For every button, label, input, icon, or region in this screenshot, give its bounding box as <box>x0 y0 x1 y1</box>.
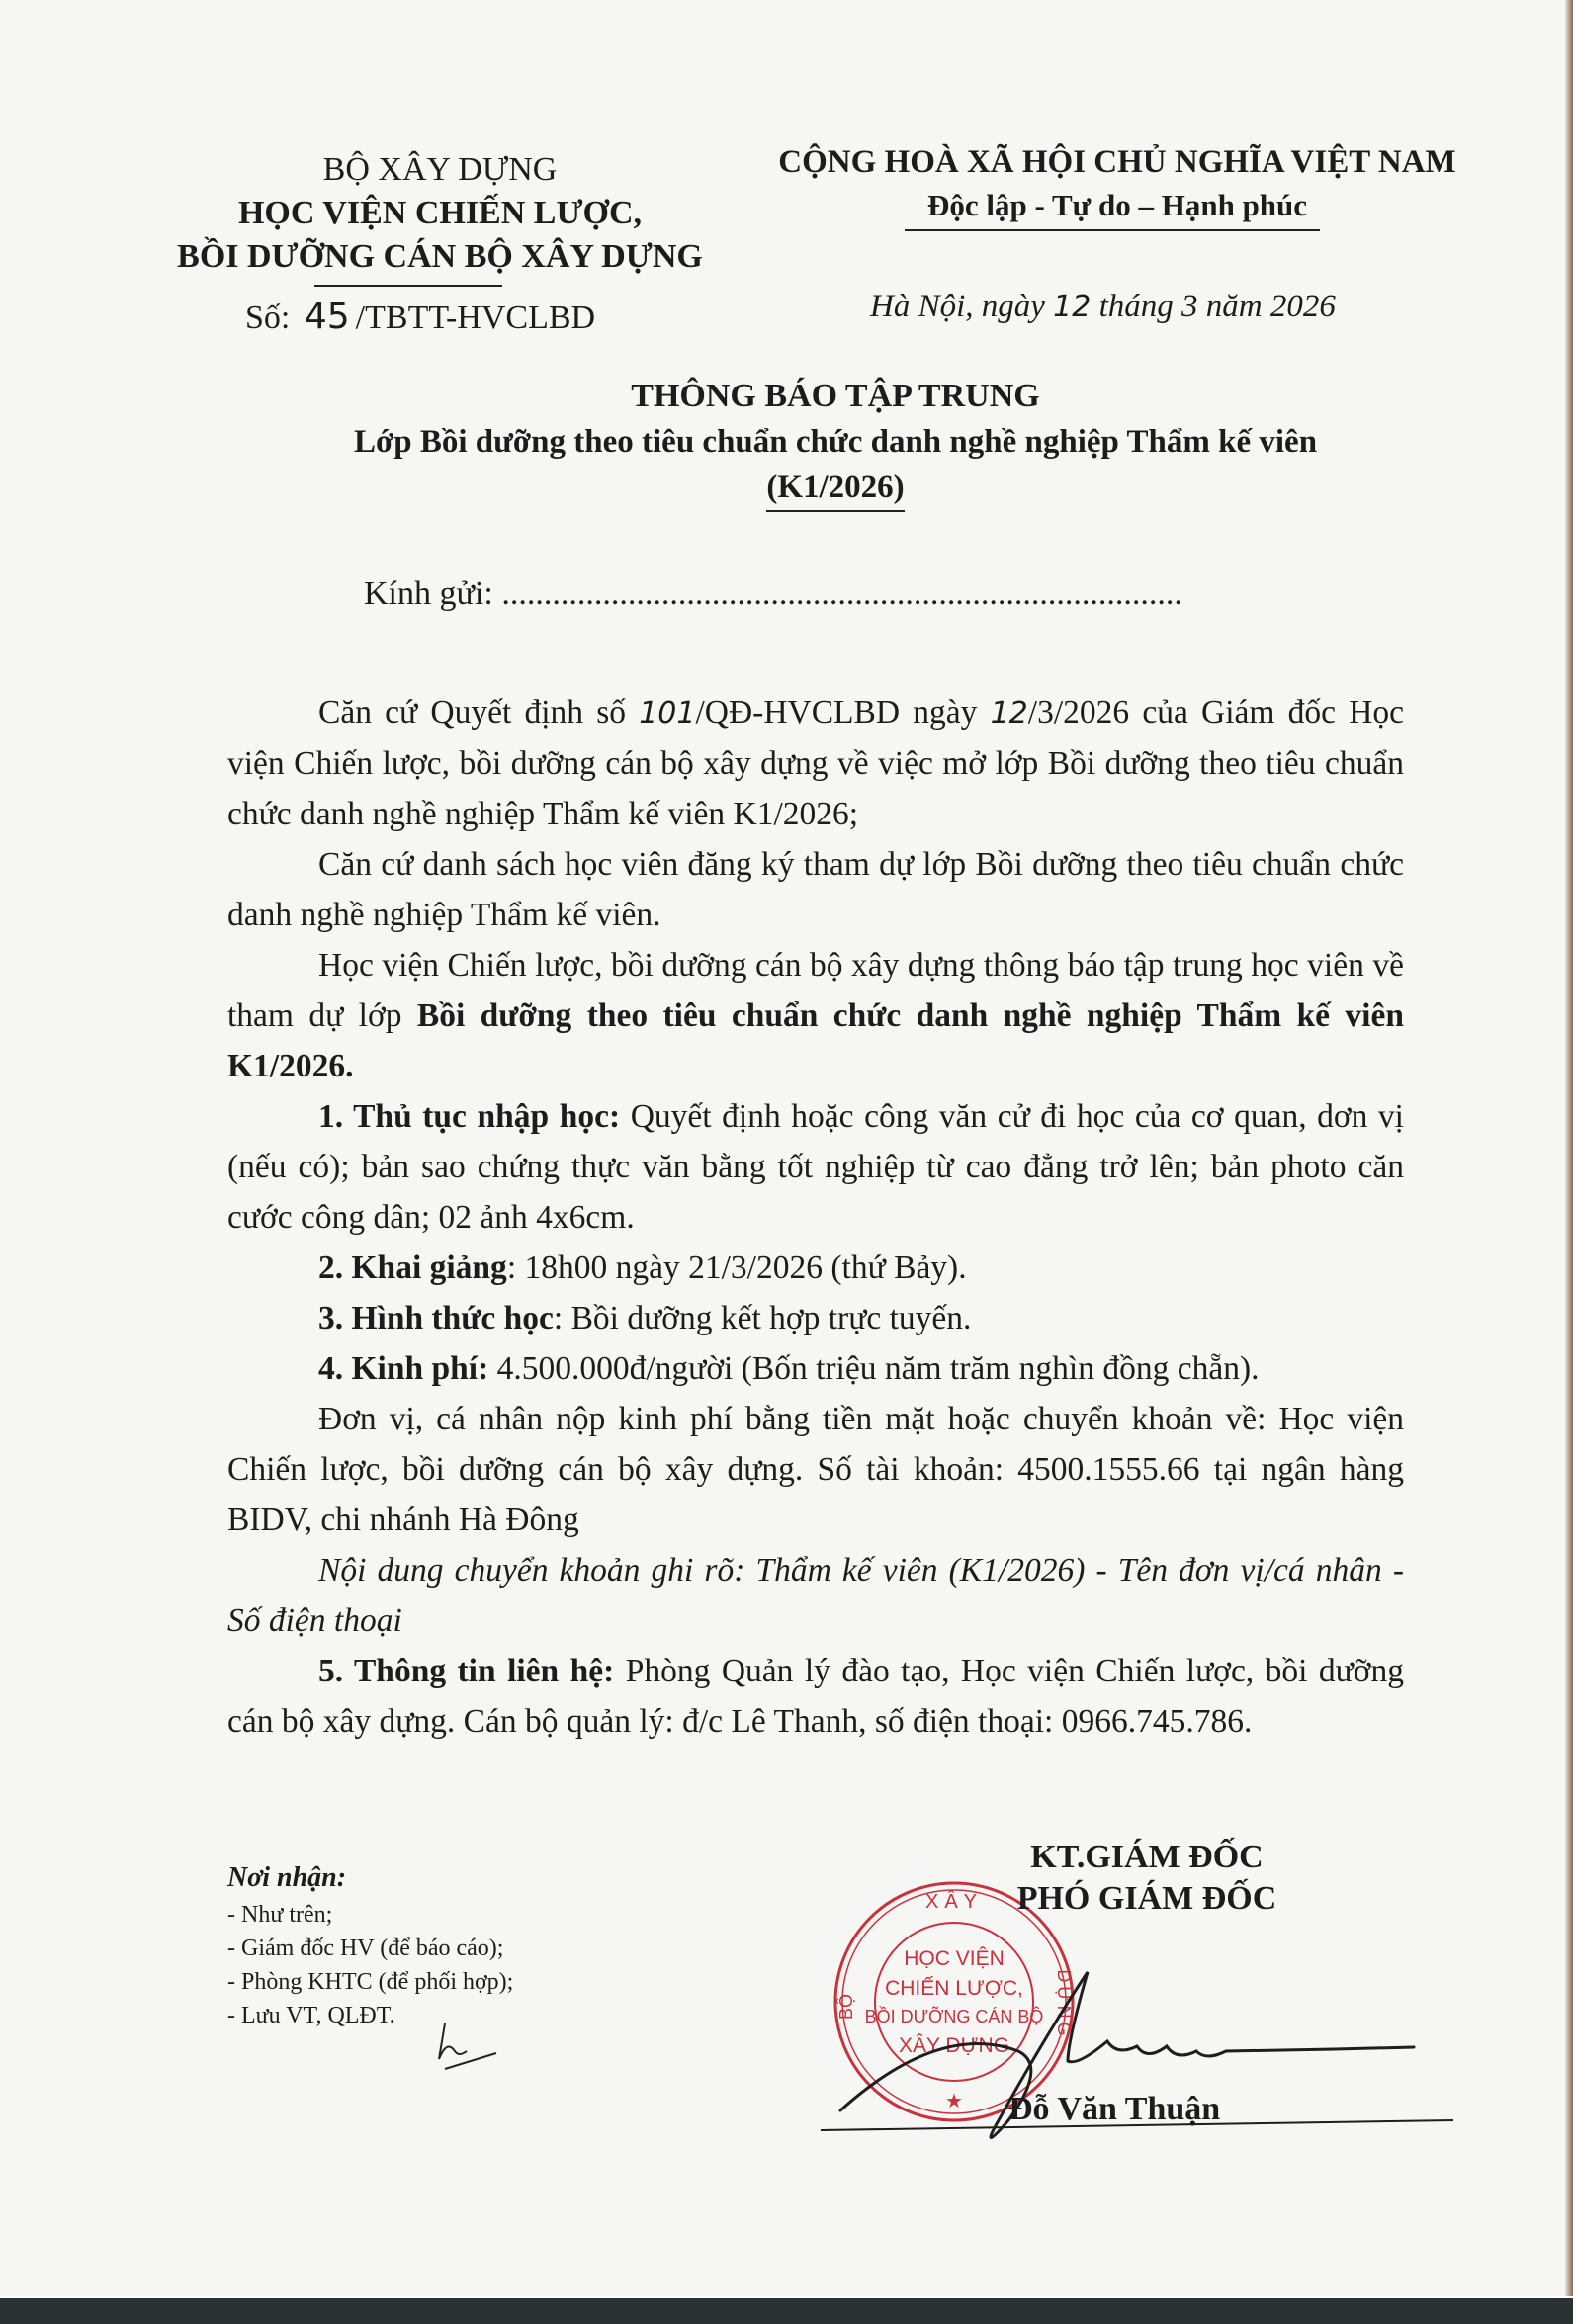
text: Căn cứ Quyết định số <box>318 694 626 731</box>
org-name-line2: BỒI DƯỠNG CÁN BỘ XÂY DỰNG <box>148 235 732 279</box>
document-title: THÔNG BÁO TẬP TRUNG Lớp Bồi dưỡng theo t… <box>297 374 1374 512</box>
document-body: Căn cứ Quyết định số 101/QĐ-HVCLBD ngày … <box>227 687 1404 1747</box>
paragraph-basis-list: Căn cứ danh sách học viên đăng ký tham d… <box>227 839 1404 940</box>
issuing-agency: BỘ XÂY DỰNG HỌC VIỆN CHIẾN LƯỢC, BỒI DƯỠ… <box>148 148 732 279</box>
recipient-blank: ........................................… <box>501 575 1182 612</box>
recipient-line: Kính gửi: ..............................… <box>364 575 1182 613</box>
recipients-block: Nơi nhận: - Như trên; - Giám đốc HV (để … <box>227 1858 742 2032</box>
paragraph-announcement: Học viện Chiến lược, bồi dưỡng cán bộ xâ… <box>227 940 1404 1091</box>
recipient-label: Kính gửi: <box>364 575 493 612</box>
signature-block: KT.GIÁM ĐỐC PHÓ GIÁM ĐỐC <box>890 1837 1404 1920</box>
decision-day-handwritten: 12 <box>991 696 1028 731</box>
item-contact: 5. Thông tin liên hệ: Phòng Quản lý đào … <box>227 1646 1404 1747</box>
text: Nội dung chuyển khoản ghi rõ: Thẩm kế vi… <box>227 1552 1404 1639</box>
item-admission-procedure: 1. Thủ tục nhập học: Quyết định hoặc côn… <box>227 1091 1404 1243</box>
agency-underline <box>314 285 502 287</box>
text: : 18h00 ngày 21/3/2026 (thứ Bảy). <box>507 1249 967 1286</box>
item-label: 2. Khai giảng <box>318 1249 507 1286</box>
signer-title: PHÓ GIÁM ĐỐC <box>890 1878 1404 1920</box>
page-bottom-shadow <box>0 2296 1573 2324</box>
recipient-item: - Giám đốc HV (để báo cáo); <box>227 1932 742 1965</box>
org-name-line1: HỌC VIỆN CHIẾN LƯỢC, <box>148 192 732 235</box>
recipient-item: - Như trên; <box>227 1898 742 1932</box>
initials-mark-icon <box>425 2012 534 2071</box>
item-label: 5. Thông tin liên hệ: <box>318 1653 614 1689</box>
text: : Bồi dưỡng kết hợp trực tuyến. <box>554 1300 972 1336</box>
doc-number-label: Số: <box>245 300 290 336</box>
paragraph-payment: Đơn vị, cá nhân nộp kinh phí bằng tiền m… <box>227 1394 1404 1545</box>
decision-number-handwritten: 101 <box>639 696 695 731</box>
text: 4.500.000đ/người (Bốn triệu năm trăm ngh… <box>497 1350 1260 1387</box>
item-label: 4. Kinh phí: <box>318 1350 488 1387</box>
date-prefix: Hà Nội, ngày <box>870 289 1045 324</box>
country-name: CỘNG HOÀ XÃ HỘI CHỦ NGHĨA VIỆT NAM <box>751 140 1483 184</box>
recipients-title: Nơi nhận: <box>227 1858 742 1898</box>
item-label: 1. Thủ tục nhập học: <box>318 1098 620 1135</box>
document-date: Hà Nội, ngày 12 tháng 3 năm 2026 <box>870 289 1336 325</box>
item-study-form: 3. Hình thức học: Bồi dưỡng kết hợp trực… <box>227 1293 1404 1343</box>
item-label: 3. Hình thức học <box>318 1300 554 1336</box>
item-fee: 4. Kinh phí: 4.500.000đ/người (Bốn triệu… <box>227 1343 1404 1394</box>
course-name-bold: Bồi dưỡng theo tiêu chuẩn chức danh nghề… <box>227 997 1404 1084</box>
page-edge <box>1565 0 1573 2324</box>
item-opening: 2. Khai giảng: 18h00 ngày 21/3/2026 (thứ… <box>227 1243 1404 1293</box>
recipient-item: - Phòng KHTC (để phối hợp); <box>227 1965 742 1999</box>
date-suffix: tháng 3 năm 2026 <box>1099 289 1336 324</box>
doc-number-handwritten: 45 <box>305 297 350 337</box>
paragraph-basis-decision: Căn cứ Quyết định số 101/QĐ-HVCLBD ngày … <box>227 687 1404 839</box>
title-main: THÔNG BÁO TẬP TRUNG <box>297 374 1374 419</box>
motto-underline <box>905 229 1320 231</box>
ministry-name: BỘ XÂY DỰNG <box>148 148 732 192</box>
document-number: Số: 45/TBTT-HVCLBD <box>245 297 595 337</box>
national-motto: Độc lập - Tự do – Hạnh phúc <box>751 184 1483 227</box>
title-course-code: (K1/2026) <box>766 465 904 512</box>
handwritten-signature-icon <box>821 1952 1453 2160</box>
text: /QĐ-HVCLBD ngày <box>695 694 977 731</box>
national-header: CỘNG HOÀ XÃ HỘI CHỦ NGHĨA VIỆT NAM Độc l… <box>751 140 1483 227</box>
date-day-handwritten: 12 <box>1053 290 1091 324</box>
paragraph-transfer-note: Nội dung chuyển khoản ghi rõ: Thẩm kế vi… <box>227 1545 1404 1646</box>
title-subtitle: Lớp Bồi dưỡng theo tiêu chuẩn chức danh … <box>297 419 1374 465</box>
doc-number-suffix: /TBTT-HVCLBD <box>356 300 595 336</box>
signer-authority: KT.GIÁM ĐỐC <box>890 1837 1404 1878</box>
signer-name: Đỗ Văn Thuận <box>1008 2091 1220 2128</box>
